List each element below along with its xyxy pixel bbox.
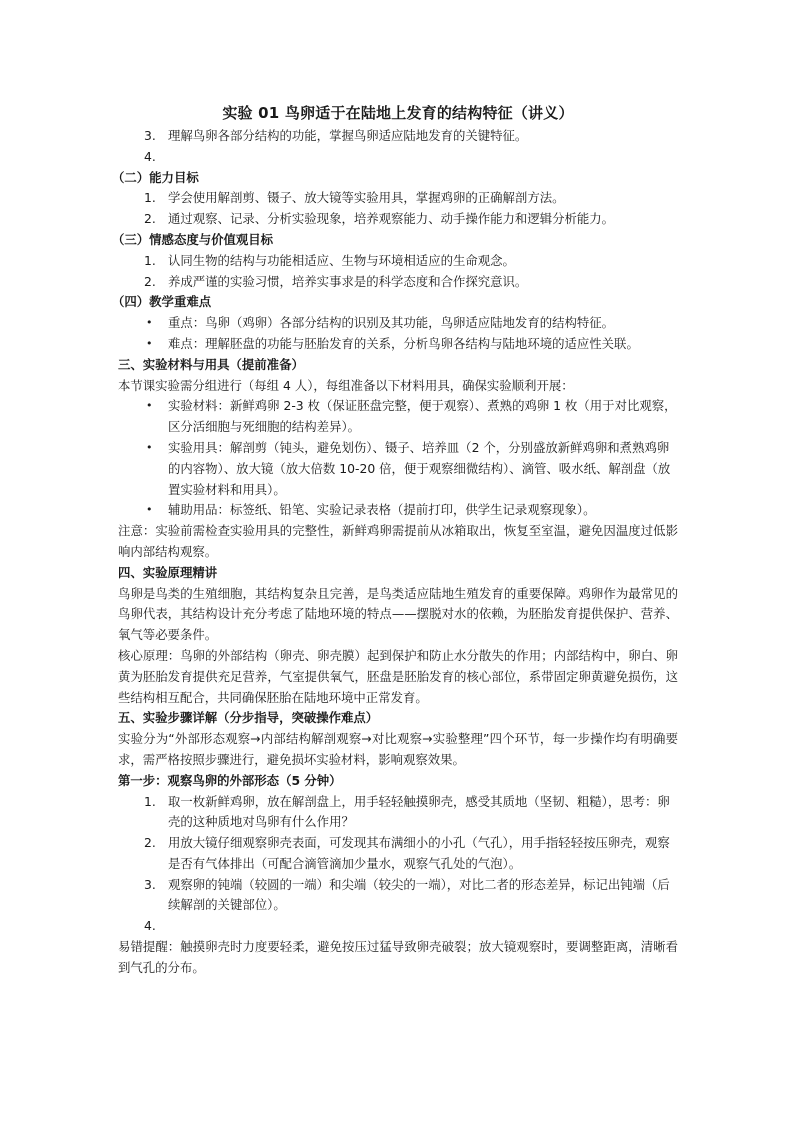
bullet-icon: • [146,313,153,334]
materials-note: 注意：实验前需检查实验用具的完整性，新鲜鸡卵需提前从冰箱取出，恢复至室温，避免因… [118,521,678,563]
bullet-text: 实验用具：解剖剪（钝头，避免划伤）、镊子、培养皿（2 个，分别盛放新鲜鸡卵和煮熟… [168,440,670,497]
list-text: 理解鸟卵各部分结构的功能，掌握鸟卵适应陆地发育的关键特征。 [168,128,527,143]
steps-intro: 实验分为“外部形态观察→内部结构解剖观察→对比观察→实验整理”四个环节，每一步操… [118,729,678,771]
page-title: 实验 01 鸟卵适于在陆地上发育的结构特征（讲义） [118,102,678,124]
list-item: 1. 认同生物的结构与功能相适应、生物与环境相适应的生命观念。 [118,251,678,272]
section-heading-steps: 五、实验步骤详解（分步指导，突破操作难点） [118,708,678,729]
bullet-text: 难点：理解胚盘的功能与胚胎发育的关系，分析鸟卵各结构与陆地环境的适应性关联。 [168,336,639,351]
principle-paragraph-1: 鸟卵是鸟类的生殖细胞，其结构复杂且完善，是鸟类适应陆地生殖发育的重要保障。鸡卵作… [118,584,678,646]
list-item: 1. 学会使用解剖剪、镊子、放大镜等实验用具，掌握鸡卵的正确解剖方法。 [118,188,678,209]
bullet-icon: • [146,438,153,459]
bullet-text: 实验材料：新鲜鸡卵 2-3 枚（保证胚盘完整，便于观察）、煮熟的鸡卵 1 枚（用… [168,398,677,434]
list-item: 4. ​ [118,147,678,168]
list-marker: 1. [144,792,156,813]
document-page: 实验 01 鸟卵适于在陆地上发育的结构特征（讲义） 3. 理解鸟卵各部分结构的功… [118,102,678,979]
list-item: 3. 理解鸟卵各部分结构的功能，掌握鸟卵适应陆地发育的关键特征。 [118,126,678,147]
bullet-item: • 实验用具：解剖剪（钝头，避免划伤）、镊子、培养皿（2 个，分别盛放新鲜鸡卵和… [118,438,678,500]
bullet-text: 重点：鸟卵（鸡卵）各部分结构的识别及其功能，鸟卵适应陆地发育的结构特征。 [168,315,614,330]
list-marker: 1. [144,251,156,272]
bullet-icon: • [146,396,153,417]
section-heading-emotion: （三）情感态度与价值观目标 [112,230,678,251]
principle-paragraph-2: 核心原理：鸟卵的外部结构（卵壳、卵壳膜）起到保护和防止水分散失的作用；内部结构中… [118,646,678,708]
list-item: 3. 观察卵的钝端（较圆的一端）和尖端（较尖的一端），对比二者的形态差异，标记出… [118,875,678,917]
bullet-item: • 实验材料：新鲜鸡卵 2-3 枚（保证胚盘完整，便于观察）、煮熟的鸡卵 1 枚… [118,396,678,438]
list-text: 用放大镜仔细观察卵壳表面，可发现其布满细小的小孔（气孔），用手指轻轻按压卵壳，观… [168,835,670,871]
bullet-item: • 重点：鸟卵（鸡卵）各部分结构的识别及其功能，鸟卵适应陆地发育的结构特征。 [118,313,678,334]
bullet-icon: • [146,500,153,521]
list-marker: 2. [144,272,156,293]
bullet-icon: • [146,334,153,355]
list-item: 2. 通过观察、记录、分析实验现象，培养观察能力、动手操作能力和逻辑分析能力。 [118,209,678,230]
section-heading-materials: 三、实验材料与用具（提前准备） [118,355,678,376]
list-text: 取一枚新鲜鸡卵，放在解剖盘上，用手轻轻触摸卵壳，感受其质地（坚韧、粗糙），思考：… [168,794,670,830]
list-text: 认同生物的结构与功能相适应、生物与环境相适应的生命观念。 [168,253,515,268]
list-marker: 3. [144,875,156,896]
list-marker: 1. [144,188,156,209]
list-item: 2. 养成严谨的实验习惯，培养实事求是的科学态度和合作探究意识。 [118,272,678,293]
section-heading-key-points: （四）教学重难点 [112,292,678,313]
list-text: 通过观察、记录、分析实验现象，培养观察能力、动手操作能力和逻辑分析能力。 [168,211,614,226]
list-marker: 4. [144,147,156,168]
list-marker: 2. [144,833,156,854]
list-text: 养成严谨的实验习惯，培养实事求是的科学态度和合作探究意识。 [168,274,527,289]
step1-heading: 第一步：观察鸟卵的外部形态（5 分钟） [118,771,678,792]
bullet-item: • 难点：理解胚盘的功能与胚胎发育的关系，分析鸟卵各结构与陆地环境的适应性关联。 [118,334,678,355]
bullet-text: 辅助用品：标签纸、铅笔、实验记录表格（提前打印，供学生记录观察现象）。 [168,502,595,517]
list-marker: 2. [144,209,156,230]
list-marker: 4. [144,916,156,937]
list-marker: 3. [144,126,156,147]
bullet-item: • 辅助用品：标签纸、铅笔、实验记录表格（提前打印，供学生记录观察现象）。 [118,500,678,521]
list-item: 2. 用放大镜仔细观察卵壳表面，可发现其布满细小的小孔（气孔），用手指轻轻按压卵… [118,833,678,875]
materials-intro: 本节课实验需分组进行（每组 4 人），每组准备以下材料用具，确保实验顺利开展： [118,376,678,397]
list-item: 1. 取一枚新鲜鸡卵，放在解剖盘上，用手轻轻触摸卵壳，感受其质地（坚韧、粗糙），… [118,792,678,834]
section-heading-ability: （二）能力目标 [112,168,678,189]
step1-tip: 易错提醒：触摸卵壳时力度要轻柔，避免按压过猛导致卵壳破裂；放大镜观察时，要调整距… [118,937,678,979]
list-text: 学会使用解剖剪、镊子、放大镜等实验用具，掌握鸡卵的正确解剖方法。 [168,190,565,205]
list-item: 4. ​ [118,916,678,937]
list-text: 观察卵的钝端（较圆的一端）和尖端（较尖的一端），对比二者的形态差异，标记出钝端（… [168,877,670,913]
section-heading-principle: 四、实验原理精讲 [118,563,678,584]
